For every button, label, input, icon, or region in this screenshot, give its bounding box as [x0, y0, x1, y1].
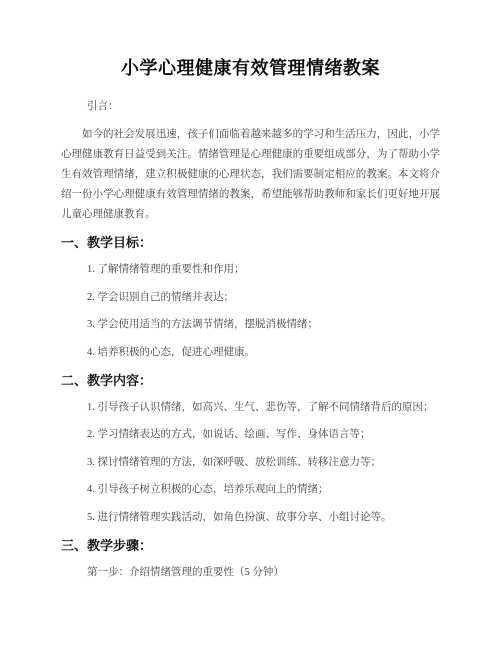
document-title: 小学心理健康有效管理情绪教案	[61, 0, 440, 80]
list-item-content-5: 5. 进行情绪管理实践活动，如角色扮演、故事分享、小组讨论等。	[61, 508, 440, 528]
intro-label: 引言：	[61, 97, 440, 117]
section-heading-teaching-steps: 三、教学步骤：	[61, 536, 440, 556]
section-heading-teaching-content: 二、教学内容：	[61, 371, 440, 391]
list-item-goal-4: 4. 培养积极的心态，促进心理健康。	[61, 343, 440, 363]
list-item-step-1: 第一步：介绍情绪管理的重要性（5 分钟）	[61, 563, 440, 583]
document-page: 小学心理健康有效管理情绪教案 引言： 如今的社会发展迅速，孩子们面临着越来越多的…	[0, 0, 502, 649]
list-item-goal-1: 1. 了解情绪管理的重要性和作用；	[61, 260, 440, 280]
list-item-content-3: 3. 探讨情绪管理的方法，如深呼吸、放松训练、转移注意力等；	[61, 453, 440, 473]
section-heading-teaching-goals: 一、教学目标：	[61, 233, 440, 253]
list-item-content-4: 4. 引导孩子树立积极的心态，培养乐观向上的情绪；	[61, 480, 440, 500]
list-item-content-1: 1. 引导孩子认识情绪，如高兴、生气、悲伤等，了解不同情绪背后的原因；	[61, 398, 440, 418]
list-item-content-2: 2. 学习情绪表达的方式，如说话、绘画、写作、身体语言等；	[61, 425, 440, 445]
list-item-goal-3: 3. 学会使用适当的方法调节情绪，摆脱消极情绪；	[61, 315, 440, 335]
intro-paragraph: 如今的社会发展迅速，孩子们面临着越来越多的学习和生活压力，因此，小学心理健康教育…	[61, 125, 440, 225]
list-item-goal-2: 2. 学会识别自己的情绪并表达；	[61, 288, 440, 308]
